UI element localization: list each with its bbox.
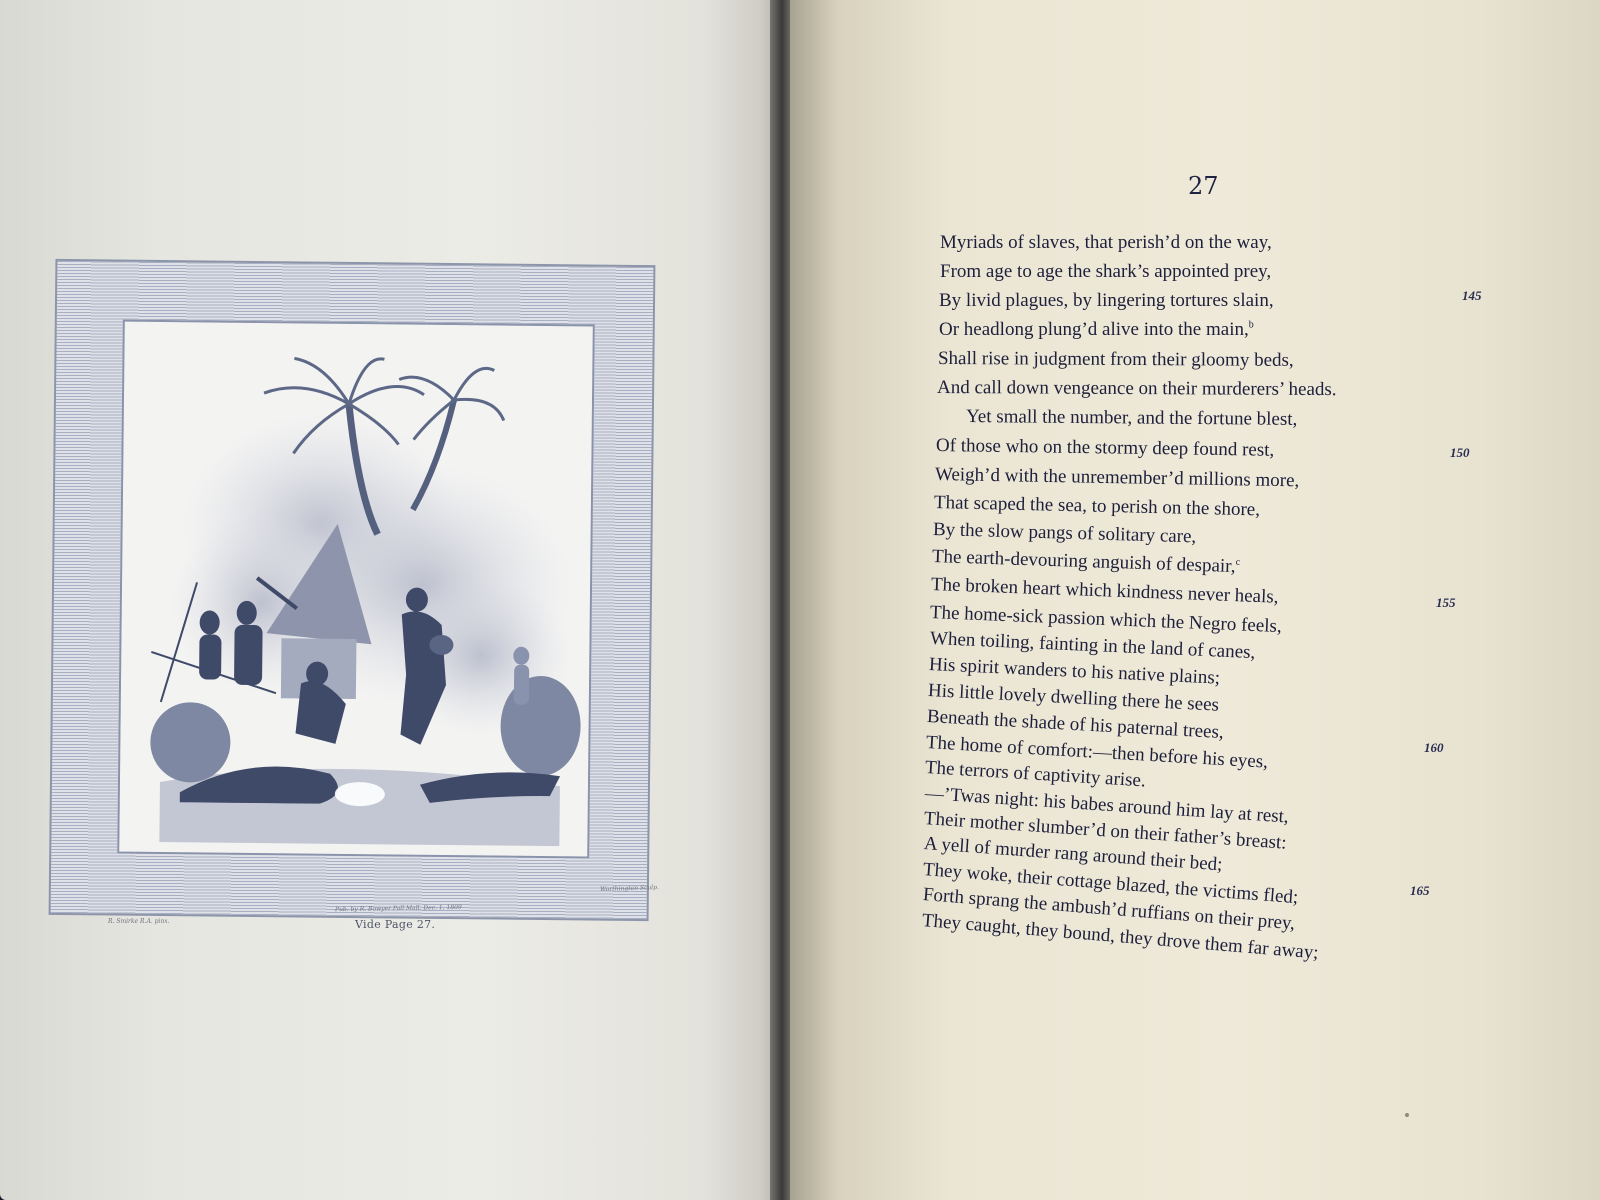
footnote-marker: c (1235, 557, 1240, 568)
poem-line: From age to age the shark’s appointed pr… (940, 261, 1271, 283)
poem-line: By livid plagues, by lingering tortures … (939, 290, 1274, 312)
footnote-marker: b (1249, 320, 1254, 331)
poem-line: Weigh’d with the unremember’d millions m… (935, 464, 1300, 492)
poem-line: Or headlong plung’d alive into the main,… (939, 319, 1254, 341)
line-number: 165 (1410, 883, 1430, 899)
poem-line: Of those who on the stormy deep found re… (936, 435, 1275, 462)
line-number: 145 (1462, 288, 1482, 304)
poem-line: By the slow pangs of solitary care, (933, 519, 1197, 548)
line-number: 155 (1436, 595, 1456, 611)
line-number: 160 (1424, 740, 1444, 756)
poem-text: Myriads of slaves, that perish’d on the … (0, 0, 1600, 1200)
poem-line: Myriads of slaves, that perish’d on the … (940, 232, 1272, 254)
line-number: 150 (1450, 445, 1470, 461)
poem-line: Shall rise in judgment from their gloomy… (938, 348, 1294, 372)
poem-line: That scaped the sea, to perish on the sh… (934, 492, 1260, 521)
poem-line: Yet small the number, and the fortune bl… (966, 406, 1298, 431)
poem-line: And call down vengeance on their murdere… (937, 377, 1337, 401)
poem-line: The earth-devouring anguish of despair,c (932, 546, 1241, 578)
